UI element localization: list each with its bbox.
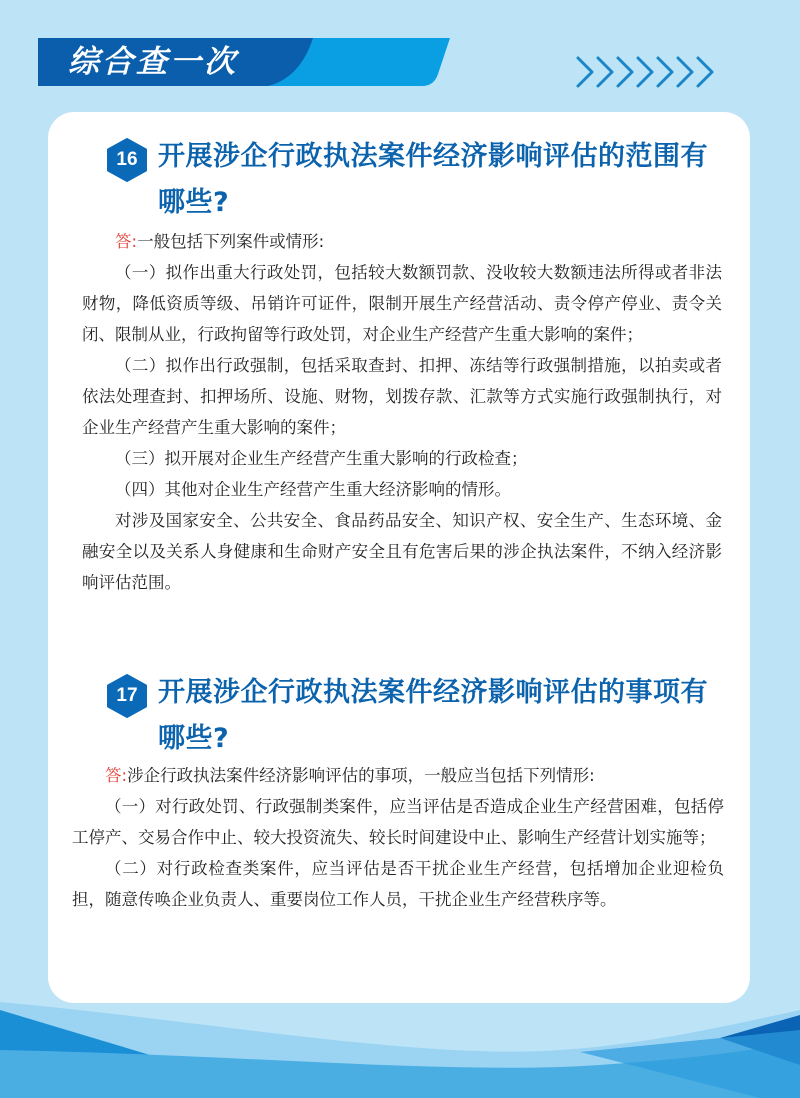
answer-paragraph: （一）对行政处罚、行政强制类案件，应当评估是否造成企业生产经营困难，包括停工停产… [72,791,724,853]
answer-label: 答: [105,766,127,785]
answer-paragraph: 对涉及国家安全、公共安全、食品药品安全、知识产权、安全生产、生态环境、金融安全以… [82,505,722,598]
answer-paragraph: （二）拟作出行政强制，包括采取查封、扣押、冻结等行政强制措施，以拍卖或者依法处理… [82,350,722,443]
section-title: 综合查一次 [68,42,238,82]
question-title: 开展涉企行政执法案件经济影响评估的范围有哪些? [158,134,728,226]
answer-intro: 答:一般包括下列案件或情形: [82,226,722,257]
section-banner: 综合查一次 [38,38,450,86]
question-title: 开展涉企行政执法案件经济影响评估的事项有哪些? [158,670,728,762]
chevrons-decoration-icon [576,55,721,89]
answer-16: 答:一般包括下列案件或情形: （一）拟作出重大行政处罚，包括较大数额罚款、没收较… [82,226,722,598]
answer-intro: 答:涉企行政执法案件经济影响评估的事项，一般应当包括下列情形: [72,760,724,791]
answer-paragraph: （一）拟作出重大行政处罚，包括较大数额罚款、没收较大数额违法所得或者非法财物，降… [82,257,722,350]
question-number-badge: 17 [106,674,148,718]
content-card: 16 开展涉企行政执法案件经济影响评估的范围有哪些? 答:一般包括下列案件或情形… [48,112,750,1003]
answer-paragraph: （二）对行政检查类案件，应当评估是否干扰企业生产经营，包括增加企业迎检负担，随意… [72,853,724,915]
answer-paragraph: （三）拟开展对企业生产经营产生重大影响的行政检查； [82,443,722,474]
question-number-badge: 16 [106,138,148,182]
answer-17: 答:涉企行政执法案件经济影响评估的事项，一般应当包括下列情形: （一）对行政处罚… [72,760,724,915]
answer-label: 答: [115,232,137,251]
answer-paragraph: （四）其他对企业生产经营产生重大经济影响的情形。 [82,474,722,505]
